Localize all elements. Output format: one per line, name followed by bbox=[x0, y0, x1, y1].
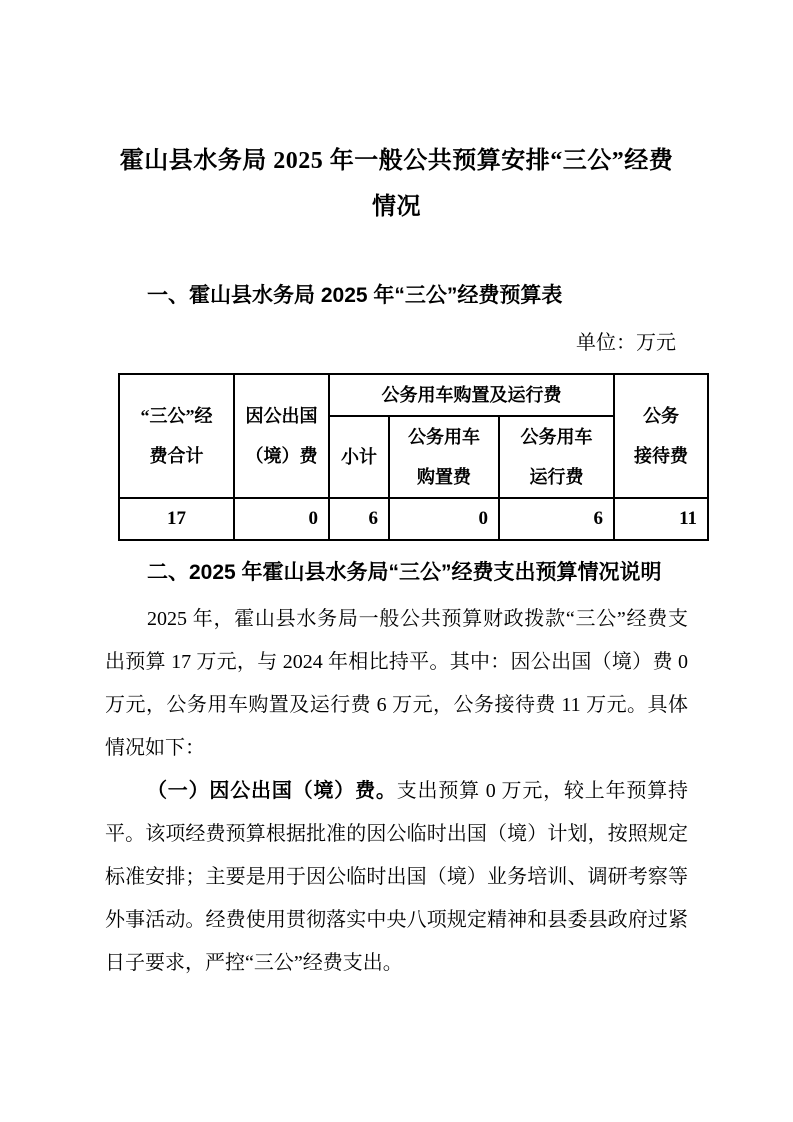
header-cell-reception: 公务 接待费 bbox=[614, 374, 708, 498]
header-cell-purchase: 公务用车 购置费 bbox=[389, 416, 499, 498]
header-cell-abroad: 因公出国 （境）费 bbox=[234, 374, 329, 498]
data-cell-reception: 11 bbox=[614, 498, 708, 540]
header-cell-vehicle-group: 公务用车购置及运行费 bbox=[329, 374, 614, 416]
data-cell-operation: 6 bbox=[499, 498, 614, 540]
paragraph-abroad-body: 支出预算 0 万元，较上年预算持平。该项经费预算根据批准的因公临时出国（境）计划… bbox=[105, 780, 688, 974]
header-cell-operation: 公务用车 运行费 bbox=[499, 416, 614, 498]
section1-heading: 一、霍山县水务局 2025 年“三公”经费预算表 bbox=[105, 274, 688, 317]
document-title-line2: 情况 bbox=[105, 184, 688, 230]
table-header-row-group: “三公”经 费合计 因公出国 （境）费 公务用车购置及运行费 公务 接待费 bbox=[119, 374, 708, 416]
paragraph-abroad-lead: （一）因公出国（境）费。 bbox=[147, 780, 397, 802]
paragraph-abroad-detail: （一）因公出国（境）费。支出预算 0 万元，较上年预算持平。该项经费预算根据批准… bbox=[105, 770, 688, 985]
table-data-row: 17 0 6 0 6 11 bbox=[119, 498, 708, 540]
unit-label: 单位：万元 bbox=[105, 325, 688, 361]
section2-heading: 二、2025 年霍山县水务局“三公”经费支出预算情况说明 bbox=[105, 551, 688, 594]
document-title: 霍山县水务局 2025 年一般公共预算安排“三公”经费 情况 bbox=[105, 138, 688, 230]
data-cell-total: 17 bbox=[119, 498, 234, 540]
data-cell-abroad: 0 bbox=[234, 498, 329, 540]
budget-table: “三公”经 费合计 因公出国 （境）费 公务用车购置及运行费 公务 接待费 小计… bbox=[118, 373, 709, 541]
document-title-line1: 霍山县水务局 2025 年一般公共预算安排“三公”经费 bbox=[105, 138, 688, 184]
header-cell-subtotal: 小计 bbox=[329, 416, 389, 498]
paragraph-summary: 2025 年，霍山县水务局一般公共预算财政拨款“三公”经费支出预算 17 万元，… bbox=[105, 598, 688, 770]
header-cell-total: “三公”经 费合计 bbox=[119, 374, 234, 498]
data-cell-purchase: 0 bbox=[389, 498, 499, 540]
data-cell-subtotal: 6 bbox=[329, 498, 389, 540]
document-page: 霍山县水务局 2025 年一般公共预算安排“三公”经费 情况 一、霍山县水务局 … bbox=[0, 0, 793, 1122]
